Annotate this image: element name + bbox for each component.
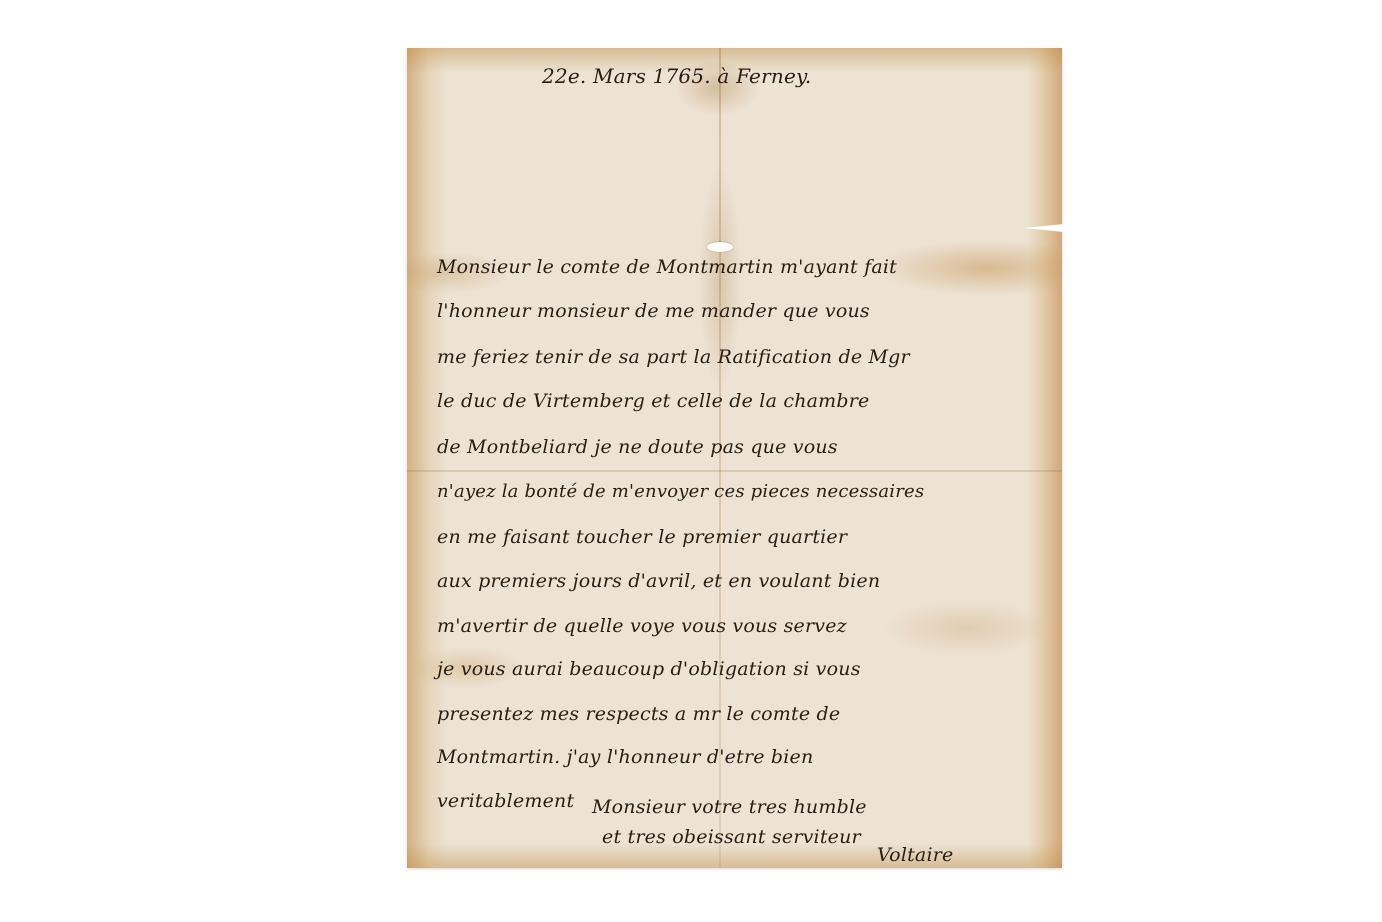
closing-line: et tres obeissant serviteur [602, 826, 861, 848]
closing-line: Monsieur votre tres humble [592, 796, 867, 818]
letter-line: Monsieur le comte de Montmartin m'ayant … [437, 256, 897, 278]
letter-line: veritablement [437, 790, 574, 812]
letter-line: Montmartin. j'ay l'honneur d'etre bien [437, 746, 813, 768]
letter-line: en me faisant toucher le premier quartie… [437, 526, 847, 548]
vertical-fold-crease [719, 48, 721, 868]
horizontal-fold-crease [407, 470, 1062, 472]
edge-tear [1024, 224, 1064, 232]
letter-line: de Montbeliard je ne doute pas que vous [437, 436, 838, 458]
letter-line: n'ayez la bonté de m'envoyer ces pieces … [437, 481, 924, 502]
letter-line: je vous aurai beaucoup d'obligation si v… [437, 658, 861, 680]
letter-line: presentez mes respects a mr le comte de [437, 703, 840, 725]
letter-line: l'honneur monsieur de me mander que vous [437, 300, 870, 322]
letter-sheet: 22e. Mars 1765. à Ferney. Monsieur le co… [407, 48, 1062, 868]
letter-line: aux premiers jours d'avril, et en voulan… [437, 570, 880, 592]
dateline: 22e. Mars 1765. à Ferney. [542, 64, 811, 88]
letter-line: le duc de Virtemberg et celle de la cham… [437, 390, 869, 412]
signature: Voltaire [877, 844, 953, 866]
letter-line: m'avertir de quelle voye vous vous serve… [437, 615, 847, 637]
paper-tear [707, 242, 733, 252]
letter-line: me feriez tenir de sa part la Ratificati… [437, 346, 910, 368]
